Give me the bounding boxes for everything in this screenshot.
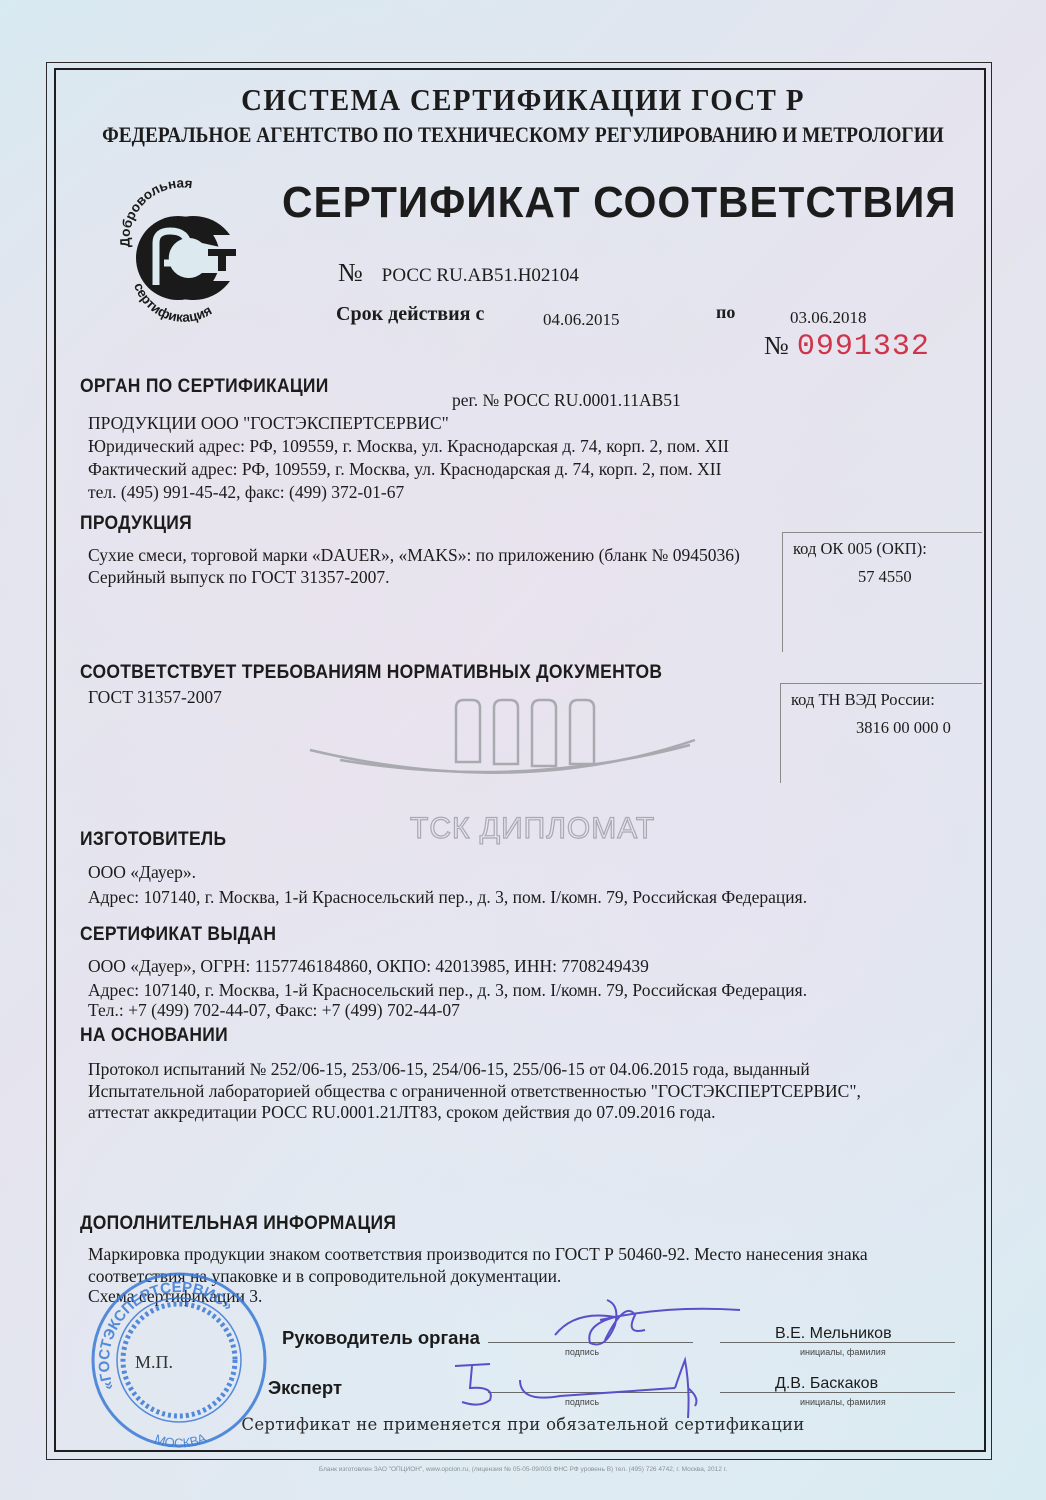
issued-to-company: ООО «Дауер», ОГРН: 1157746184860, ОКПО: … <box>88 956 649 976</box>
head-name-line <box>720 1342 955 1343</box>
issued-to-phone: Тел.: +7 (499) 702-44-07, Факс: +7 (499)… <box>88 1000 460 1020</box>
tnved-code-value: 3816 00 000 0 <box>856 718 951 738</box>
head-name-caption: инициалы, фамилия <box>800 1347 886 1357</box>
certification-body-legal-address: Юридический адрес: РФ, 109559, г. Москва… <box>88 436 729 456</box>
svg-text:«ГОСТЭКСПЕРТСЕРВИС»: «ГОСТЭКСПЕРТСЕРВИС» <box>96 1279 236 1392</box>
watermark-text: ТСК ДИПЛОМАТ <box>410 812 655 845</box>
basis-protocol: Протокол испытаний № 252/06-15, 253/06-1… <box>88 1059 810 1079</box>
agency-name: ФЕДЕРАЛЬНОЕ АГЕНТСТВО ПО ТЕХНИЧЕСКОМУ РЕ… <box>73 122 973 148</box>
certification-body-name: ПРОДУКЦИИ ООО "ГОСТЭКСПЕРТСЕРВИС" <box>88 413 449 433</box>
document-title: СЕРТИФИКАТ СООТВЕТСТВИЯ <box>282 178 957 228</box>
okp-code-label: код ОК 005 (ОКП): <box>793 539 927 559</box>
system-title: СИСТЕМА СЕРТИФИКАЦИИ ГОСТ Р <box>37 82 1010 118</box>
basis-laboratory: Испытательной лабораторией общества с ог… <box>88 1081 861 1101</box>
expert-role-label: Эксперт <box>268 1377 342 1399</box>
certification-body-actual-address: Фактический адрес: РФ, 109559, г. Москва… <box>88 459 721 479</box>
compliance-document: ГОСТ 31357-2007 <box>88 687 222 707</box>
expert-name-caption: инициалы, фамилия <box>800 1397 886 1407</box>
head-name: В.Е. Мельников <box>775 1325 892 1343</box>
certification-body-phone: тел. (495) 991-45-42, факс: (499) 372-01… <box>88 482 404 502</box>
okp-code-value: 57 4550 <box>858 567 912 587</box>
product-serial-release: Серийный выпуск по ГОСТ 31357-2007. <box>88 567 390 587</box>
footer-note: Сертификат не применяется при обязательн… <box>0 1415 1046 1434</box>
stamp-org-name: «ГОСТЭКСПЕРТСЕРВИС» <box>96 1279 236 1392</box>
certification-body-heading: ОРГАН ПО СЕРТИФИКАЦИИ <box>80 376 329 398</box>
valid-from-date: 04.06.2015 <box>543 310 620 330</box>
expert-name-line <box>720 1392 955 1393</box>
head-signature-icon <box>545 1295 745 1360</box>
product-description: Сухие смеси, торговой марки «DAUER», «MA… <box>88 545 740 565</box>
certificate-number-line: № РОСС RU.AB51.H02104 <box>338 258 579 288</box>
product-heading: ПРОДУКЦИЯ <box>80 513 192 535</box>
certification-body-reg-number: рег. № РОСС RU.0001.11AB51 <box>452 390 681 410</box>
issued-to-heading: СЕРТИФИКАТ ВЫДАН <box>80 924 276 946</box>
printer-info: Бланк изготовлен ЗАО "ОПЦИОН", www.opcio… <box>0 1466 1046 1473</box>
manufacturer-heading: ИЗГОТОВИТЕЛЬ <box>80 829 226 851</box>
head-role-label: Руководитель органа <box>282 1327 480 1349</box>
number-sign: № <box>338 258 363 287</box>
okp-code-box: код ОК 005 (ОКП): 57 4550 <box>782 532 982 652</box>
compliance-heading: СООТВЕТСТВУЕТ ТРЕБОВАНИЯМ НОРМАТИВНЫХ ДО… <box>80 662 662 684</box>
expert-name: Д.В. Баскаков <box>775 1375 878 1393</box>
validity-label: Срок действия с <box>336 303 484 326</box>
valid-to-label: по <box>716 302 735 323</box>
rst-certification-logo-icon: Добровольная сертификация <box>112 185 252 325</box>
serial-number-sign: № <box>764 331 789 360</box>
tnved-code-label: код ТН ВЭД России: <box>791 690 935 710</box>
additional-info-marking: Маркировка продукции знаком соответствия… <box>88 1244 868 1264</box>
tsk-diplomat-watermark-icon: ТСК ДИПЛОМАТ <box>400 690 720 850</box>
manufacturer-name: ООО «Дауер». <box>88 862 196 882</box>
issued-to-address: Адрес: 107140, г. Москва, 1-й Красносель… <box>88 980 807 1000</box>
serial-number: 0991332 <box>797 330 930 364</box>
seal-place-label: М.П. <box>135 1352 173 1373</box>
valid-to-date: 03.06.2018 <box>790 308 867 328</box>
additional-info-heading: ДОПОЛНИТЕЛЬНАЯ ИНФОРМАЦИЯ <box>80 1213 396 1235</box>
manufacturer-address: Адрес: 107140, г. Москва, 1-й Красносель… <box>88 887 807 907</box>
serial-number-line: №0991332 <box>764 330 930 364</box>
certificate-number: РОСС RU.AB51.H02104 <box>382 265 579 286</box>
tnved-code-box: код ТН ВЭД России: 3816 00 000 0 <box>780 683 982 783</box>
basis-accreditation: аттестат аккредитации РОСС RU.0001.21ЛТ8… <box>88 1102 716 1122</box>
basis-heading: НА ОСНОВАНИИ <box>80 1025 228 1047</box>
